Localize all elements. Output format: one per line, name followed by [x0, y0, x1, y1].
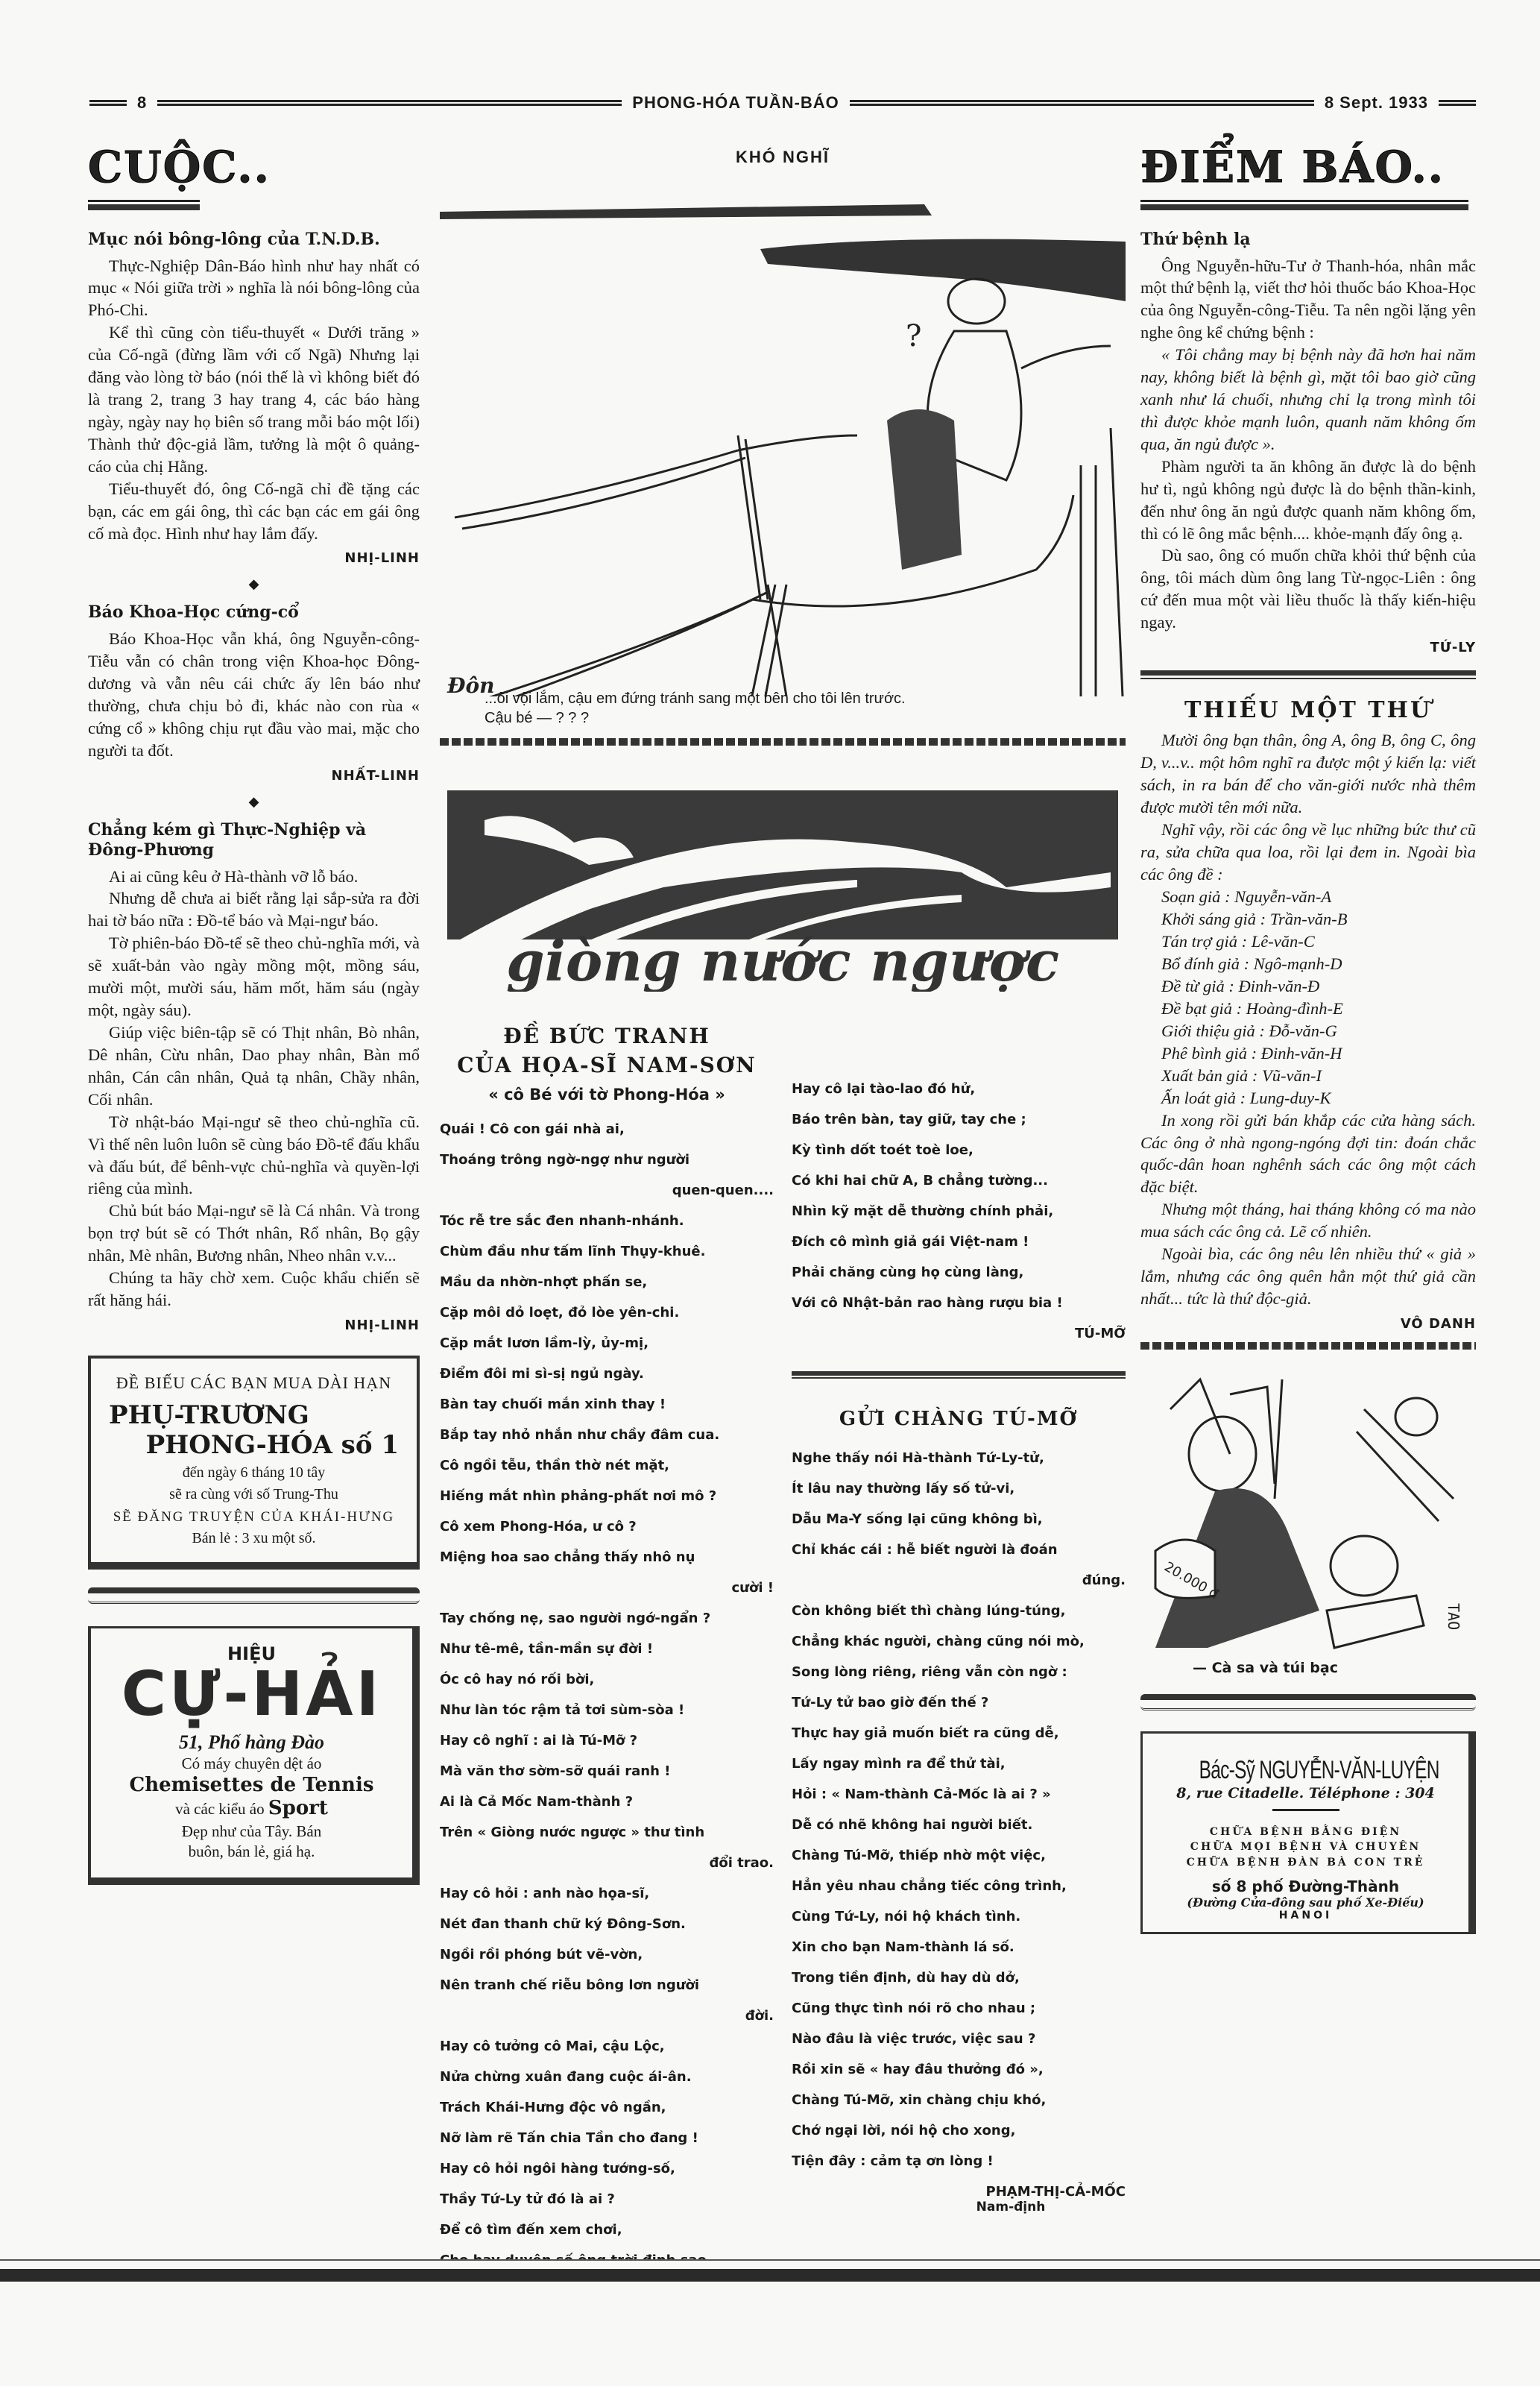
article-paragraph: Tờ phiên-báo Đồ-tể sẽ theo chủ-nghĩa mới…: [88, 932, 420, 1022]
credit-line: Giới thiệu giả : Đỗ-văn-G: [1140, 1020, 1476, 1042]
ad-doctor-service: CHỮA MỌI BỆNH VÀ CHUYÊN: [1158, 1839, 1454, 1854]
poem-line: Nỡ làm rẽ Tấn chia Tần cho đang !: [440, 2123, 774, 2153]
ad-supplement-line: đến ngày 6 tháng 10 tây: [109, 1464, 399, 1482]
article-paragraph: In xong rồi gửi bán khắp các cửa hàng sá…: [1140, 1109, 1476, 1199]
article-paragraph: Ai ai cũng kêu ở Hà-thành vỡ lỗ báo.: [88, 866, 420, 888]
poem-line: cười !: [440, 1573, 774, 1603]
right-column: ĐIỂM BÁO.. Thứ bệnh lạ Ông Nguyễn-hữu-Tư…: [1140, 142, 1476, 1934]
poem-continued-lines: Hay cô lại tào-lao đó hử,Báo trên bàn, t…: [792, 1074, 1126, 1318]
ad-supplement-heading: PHONG-HÓA số 1: [109, 1430, 399, 1460]
poem-line: Ai là Cả Mốc Nam-thành ?: [440, 1787, 774, 1817]
poem-line: đổi trao.: [440, 1848, 774, 1878]
article-paragraph: Phàm người ta ăn không ăn được là do bện…: [1140, 456, 1476, 545]
ad-doctor-name: Bác-Sỹ NGUYỄN-VĂN-LUYỆN: [1199, 1756, 1413, 1785]
poem-line: Mà văn thơ sờm-sỡ quái ranh !: [440, 1756, 774, 1787]
poem-line: Thoáng trông ngờ-ngợ như người: [440, 1145, 774, 1175]
poem-line: Tứ-Ly tử bao giờ đến thế ?: [792, 1687, 1126, 1718]
poem-line: Có khi hai chữ A, B chẳng tường...: [792, 1165, 1126, 1196]
poem-line: Miệng hoa sao chẳng thấy nhô nụ: [440, 1542, 774, 1573]
poem-line: Bàn tay chuối mắn xinh thay !: [440, 1389, 774, 1420]
poem-line: Đích cô mình giả gái Việt-nam !: [792, 1227, 1126, 1257]
ad-divider: [1272, 1809, 1339, 1811]
poem-line: Hay cô tưởng cô Mai, cậu Lộc,: [440, 2031, 774, 2062]
issue-date: 8 Sept. 1933: [1325, 93, 1428, 113]
ad-doctor-address: 8, rue Citadelle. Téléphone : 304: [1158, 1785, 1454, 1801]
poem-line: Hay cô hỏi ngôi hàng tướng-số,: [440, 2153, 774, 2184]
masthead-rule: [157, 100, 622, 106]
poem-line: Nét đan thanh chữ ký Đông-Sơn.: [440, 1909, 774, 1939]
poem-line: Tay chống nẹ, sao người ngớ-ngẩn ?: [440, 1603, 774, 1634]
section-separator: [1140, 670, 1476, 679]
poem-line: Lấy ngay mình ra để thử tài,: [792, 1748, 1126, 1779]
poem-line: Xin cho bạn Nam-thành lá số.: [792, 1932, 1126, 1962]
credit-line: Khởi sáng giả : Trần-văn-B: [1140, 908, 1476, 931]
poem-line: Phải chăng cùng họ cùng làng,: [792, 1257, 1126, 1288]
article-paragraph: Nhưng dễ chưa ai biết rằng lại sắp-sửa r…: [88, 887, 420, 932]
ad-shop-line: Có máy chuyên dệt áo: [109, 1754, 394, 1774]
poem-line: Ít lâu nay thường lấy số tử-vi,: [792, 1473, 1126, 1504]
poem-line: Nào đâu là việc trước, việc sau ?: [792, 2024, 1126, 2054]
poem-line: Dẫu Ma-Y sống lại cũng không bì,: [792, 1504, 1126, 1534]
credit-line: Bổ đính giả : Ngô-mạnh-D: [1140, 953, 1476, 975]
spacer: [792, 1432, 1126, 1443]
banner-giong-nuoc-nguoc: giòng nước ngược: [440, 775, 1126, 992]
poem-line: Báo trên bàn, tay giữ, tay che ;: [792, 1104, 1126, 1135]
page-bottom-edge: [0, 2259, 1540, 2282]
ad-supplement-line: ĐỀ BIẾU CÁC BẠN MUA DÀI HẠN: [109, 1373, 399, 1393]
poem-line: Ngồi rồi phóng bút vẽ-vờn,: [440, 1939, 774, 1970]
article-byline: VÔ DANH: [1140, 1316, 1476, 1332]
article-chang-kem-gi: Chẳng kém gì Thực-Nghiệp và Đông-Phương …: [88, 820, 420, 1333]
river-landscape-icon: giòng nước ngược: [440, 775, 1126, 992]
ad-doctor-street-note: (Đường Cửa-đông sau phố Xe-Điếu): [1158, 1895, 1454, 1910]
poem-line: Thực hay giả muốn biết ra cũng dễ,: [792, 1718, 1126, 1748]
article-title: Chẳng kém gì Thực-Nghiệp và Đông-Phương: [88, 820, 420, 861]
spacer: [792, 1022, 1126, 1074]
article-byline: NHỊ-LINH: [88, 550, 420, 566]
poem-line: Để cô tìm đến xem chơi,: [440, 2215, 774, 2245]
section-rule: [88, 200, 200, 210]
poem-line: Với cô Nhật-bản rao hàng rượu bia !: [792, 1288, 1126, 1318]
poem-line: Chỉ khác cái : hễ biết người là đoán: [792, 1534, 1126, 1565]
ad-shop-line: buôn, bán lẻ, giá hạ.: [109, 1842, 394, 1862]
left-column: CUỘC.. Mục nói bông-lông của T.N.D.B. Th…: [88, 142, 420, 1885]
ad-shop-text: và các kiểu áo: [175, 1800, 265, 1818]
article-title: Thứ bệnh lạ: [1140, 230, 1476, 251]
ad-shop-name: CỰ-HẢI: [109, 1664, 394, 1725]
masthead-rule: [89, 100, 127, 106]
article-khoa-hoc: Báo Khoa-Học cứng-cổ Báo Khoa-Học vẫn kh…: [88, 602, 420, 783]
poem-line: Quái ! Cô con gái nhà ai,: [440, 1114, 774, 1145]
poem-line: Trách Khái-Hưng độc vô ngần,: [440, 2092, 774, 2123]
newspaper-page: 8 PHONG-HÓA TUẦN-BÁO 8 Sept. 1933 CUỘC..…: [0, 0, 1540, 2386]
credit-line: Xuất bản giả : Vũ-văn-I: [1140, 1065, 1476, 1087]
poem-line: Dễ có nhẽ không hai người biết.: [792, 1810, 1126, 1840]
ad-doctor-service: CHỮA BỆNH ĐÀN BÀ CON TRẺ: [1158, 1855, 1454, 1870]
poem-line: Chùm đầu như tấm lĩnh Thụy-khuê.: [440, 1236, 774, 1267]
ad-shop-emphasis: Sport: [268, 1797, 328, 1819]
ad-shop-product: Chemisettes de Tennis: [109, 1774, 394, 1796]
poem-line: Chàng Tú-Mỡ, thiếp nhờ một việc,: [792, 1840, 1126, 1871]
poem-line: Còn không biết thì chàng lúng-túng,: [792, 1596, 1126, 1626]
monk-with-money-bag-drawing-icon: 20.000 đ TAO: [1140, 1364, 1476, 1655]
poem-line: Bắp tay nhỏ nhắn như chầy đâm cua.: [440, 1420, 774, 1450]
poem-column-2: Hay cô lại tào-lao đó hử,Báo trên bàn, t…: [792, 1022, 1126, 2276]
poem-line: Hẳn yêu nhau chẳng tiếc công trình,: [792, 1871, 1126, 1901]
cartoon-illustration: ? Đôn: [440, 182, 1126, 696]
ad-doctor-city: HANOI: [1158, 1910, 1454, 1921]
middle-column: KHÓ NGHĨ: [440, 142, 1126, 2276]
article-paragraph: Thực-Nghiệp Dân-Báo hình như hay nhất có…: [88, 255, 420, 322]
ad-supplement-heading: PHỤ-TRƯƠNG: [109, 1400, 399, 1430]
poem-line: Óc cô hay nó rối bời,: [440, 1664, 774, 1695]
poem-line: Hay cô hỏi : anh nào họa-sĩ,: [440, 1878, 774, 1909]
credit-line: Tán trợ giả : Lê-văn-C: [1140, 931, 1476, 953]
article-title: Báo Khoa-Học cứng-cổ: [88, 602, 420, 623]
article-title: Mục nói bông-lông của T.N.D.B.: [88, 230, 420, 251]
poem-line: Tóc rễ tre sắc đen nhanh-nhánh.: [440, 1206, 774, 1236]
credit-line: Đề bạt giả : Hoàng-đình-E: [1140, 998, 1476, 1020]
poem-line: đúng.: [792, 1565, 1126, 1596]
ad-shop-line: Đẹp như của Tây. Bán: [109, 1822, 394, 1842]
poem-line: Cặp mắt lươn lầm-lỳ, ủy-mị,: [440, 1328, 774, 1359]
poem-line: Cô ngồi tễu, thần thờ nét mặt,: [440, 1450, 774, 1481]
article-paragraph: Ngoài bìa, các ông nêu lên nhiều thứ « g…: [1140, 1243, 1476, 1310]
article-paragraph: Nhưng một tháng, hai tháng không có ma n…: [1140, 1198, 1476, 1243]
caption-line: Cậu bé — ? ? ?: [485, 708, 1126, 728]
middle-poems: ĐỀ BỨC TRANH CỦA HỌA-SĨ NAM-SƠN « cô Bé …: [440, 1022, 1126, 2276]
article-thieu-mot-thu: Mười ông bạn thân, ông A, ông B, ông C, …: [1140, 729, 1476, 1332]
poem-line: Nửa chừng xuân đang cuộc ái-ân.: [440, 2062, 774, 2092]
article-paragraph: Tiểu-thuyết đó, ông Cố-ngã chỉ đề tặng c…: [88, 478, 420, 545]
ad-doctor-service: CHỮA BỆNH BẰNG ĐIỆN: [1158, 1825, 1454, 1839]
poem-line: Chàng Tú-Mỡ, xin chàng chịu khó,: [792, 2085, 1126, 2115]
poem-location: Nam-định: [792, 2200, 1126, 2215]
diamond-separator-icon: ◆: [88, 794, 420, 810]
poem-line: Thầy Tứ-Ly tử đó là ai ?: [440, 2184, 774, 2215]
svg-text:TAO: TAO: [1445, 1603, 1462, 1630]
poem-title: CỦA HỌA-SĨ NAM-SƠN: [440, 1051, 774, 1080]
article-paragraph: Mười ông bạn thân, ông A, ông B, ông C, …: [1140, 729, 1476, 819]
poem-line: Hay cô lại tào-lao đó hử,: [792, 1074, 1126, 1104]
ad-supplement-price: Bán lẻ : 3 xu một số.: [109, 1530, 399, 1547]
poem-line: Kỳ tình dốt toét toè loe,: [792, 1135, 1126, 1165]
poem-line: Mầu da nhờn-nhợt phấn se,: [440, 1267, 774, 1297]
article-paragraph: Chúng ta hãy chờ xem. Cuộc khẩu chiến sẽ…: [88, 1267, 420, 1312]
poem-lines: Nghe thấy nói Hà-thành Tứ-Ly-tử,Ít lâu n…: [792, 1443, 1126, 2176]
bamboo-bridge-drawing-icon: ? Đôn: [440, 182, 1126, 696]
article-paragraph: Tờ nhật-báo Mại-ngư sẽ theo chủ-nghĩa cũ…: [88, 1111, 420, 1200]
ad-doctor-street: số 8 phố Đường-Thành: [1158, 1877, 1454, 1895]
poem-line: Cặp môi dỏ loẹt, đỏ lòe yên-chi.: [440, 1297, 774, 1328]
article-paragraph: Báo Khoa-Học vẫn khá, ông Nguyễn-công-Ti…: [88, 628, 420, 762]
article-title-thieu-mot-thu: THIẾU MỘT THỨ: [1140, 697, 1476, 723]
poem-lines: Quái ! Cô con gái nhà ai,Thoáng trông ng…: [440, 1114, 774, 2276]
poem-subtitle: « cô Bé với tờ Phong-Hóa »: [440, 1086, 774, 1104]
section-rule: [1140, 200, 1468, 210]
article-thu-benh-la: Thứ bệnh lạ Ông Nguyễn-hữu-Tư ở Thanh-hó…: [1140, 230, 1476, 655]
article-quote: « Tôi chẳng may bị bệnh này đã hơn hai n…: [1140, 344, 1476, 456]
ad-shop-address: 51, Phố hàng Đào: [109, 1731, 394, 1754]
article-paragraph: Giúp việc biên-tập sẽ có Thịt nhân, Bò n…: [88, 1022, 420, 1111]
ad-supplement: ĐỀ BIẾU CÁC BẠN MUA DÀI HẠN PHỤ-TRƯƠNG P…: [88, 1356, 420, 1570]
article-byline: NHỊ-LINH: [88, 1318, 420, 1333]
masthead-rule: [850, 100, 1314, 106]
poem-line: Như tê-mê, tần-mần sự đời !: [440, 1634, 774, 1664]
article-paragraph: Nghĩ vậy, rồi các ông về lục những bức t…: [1140, 819, 1476, 886]
poem-line: Chớ ngại lời, nói hộ cho xong,: [792, 2115, 1126, 2146]
poem-de-buc-tranh: ĐỀ BỨC TRANH CỦA HỌA-SĨ NAM-SƠN « cô Bé …: [440, 1022, 774, 2276]
article-paragraph: Chủ bút báo Mại-ngư sẽ là Cá nhân. Và tr…: [88, 1200, 420, 1267]
cartoon-caption: — Cà sa và túi bạc: [1140, 1660, 1476, 1676]
section-title-diem-bao: ĐIỂM BÁO..: [1140, 142, 1476, 192]
credits-list: Soạn giả : Nguyễn-văn-AKhởi sáng giả : T…: [1140, 886, 1476, 1109]
cartoon-ca-sa-tui-bac: 20.000 đ TAO: [1140, 1364, 1476, 1655]
article-paragraph: Dù sao, ông có muốn chữa khỏi thứ bệnh c…: [1140, 544, 1476, 634]
ad-shop-line: và các kiểu áo Sport: [109, 1796, 394, 1822]
credit-line: Phê bình giả : Đinh-văn-H: [1140, 1042, 1476, 1065]
poem-line: Hỏi : « Nam-thành Cả-Mốc là ai ? »: [792, 1779, 1126, 1810]
cartoon-title: KHÓ NGHĨ: [440, 148, 1126, 167]
masthead-rule: [1439, 100, 1476, 106]
wave-separator: [1140, 1694, 1476, 1710]
masthead: 8 PHONG-HÓA TUẦN-BÁO 8 Sept. 1933: [89, 88, 1476, 118]
publication-name: PHONG-HÓA TUẦN-BÁO: [632, 93, 839, 113]
ad-supplement-line: SẼ ĐĂNG TRUYỆN CỦA KHÁI-HƯNG: [109, 1509, 399, 1526]
poem-line: Cô xem Phong-Hóa, ư cô ?: [440, 1511, 774, 1542]
section-title-cuoc: CUỘC..: [88, 142, 420, 192]
poem-separator: [792, 1371, 1126, 1379]
checker-separator: [1140, 1342, 1476, 1350]
poem-line: đời.: [440, 2001, 774, 2031]
poem-line: Nên tranh chế riễu bông lơn người: [440, 1970, 774, 2001]
article-bong-long: Mục nói bông-lông của T.N.D.B. Thực-Nghi…: [88, 230, 420, 566]
poem-byline: PHẠM-THỊ-CẢ-MỐC: [792, 2184, 1126, 2200]
poem-line: Rồi xin sẽ « hay đâu thưởng đó »,: [792, 2054, 1126, 2085]
ad-doctor: Bác-Sỹ NGUYỄN-VĂN-LUYỆN 8, rue Citadelle…: [1140, 1731, 1476, 1934]
ad-cu-hai: HIỆU CỰ-HẢI 51, Phố hàng Đào Có máy chuy…: [88, 1626, 420, 1885]
poem-line: Cũng thực tình nói rõ cho nhau ;: [792, 1993, 1126, 2024]
diamond-separator-icon: ◆: [88, 576, 420, 592]
poem-line: Như làn tóc rậm tả tơi sùm-sòa !: [440, 1695, 774, 1725]
article-byline: TỨ-LY: [1140, 640, 1476, 655]
article-paragraph: Kể thì cũng còn tiểu-thuyết « Dưới trăng…: [88, 321, 420, 477]
poem-line: Nhìn kỹ mặt dễ thường chính phải,: [792, 1196, 1126, 1227]
page-number: 8: [137, 93, 147, 113]
wave-separator: [88, 1587, 420, 1604]
article-byline: NHẤT-LINH: [88, 768, 420, 784]
poem-line: Trên « Giòng nước ngược » thư tình: [440, 1817, 774, 1848]
credit-line: Soạn giả : Nguyễn-văn-A: [1140, 886, 1476, 908]
poem-line: Chẳng khác người, chàng cũng nói mò,: [792, 1626, 1126, 1657]
poem-byline: TÚ-MỠ: [792, 1326, 1126, 1341]
ad-supplement-line: sẽ ra cùng với số Trung-Thu: [109, 1486, 399, 1503]
checker-separator: [440, 738, 1126, 746]
svg-text:?: ?: [906, 319, 921, 353]
svg-text:giòng nước ngược: giòng nước ngược: [506, 930, 1059, 992]
poem-line: Trong tiền định, dù hay dù dở,: [792, 1962, 1126, 1993]
poem-line: Song lòng riêng, riêng vẫn còn ngờ :: [792, 1657, 1126, 1687]
poem-line: Nghe thấy nói Hà-thành Tứ-Ly-tử,: [792, 1443, 1126, 1473]
poem-line: Hiếng mắt nhìn phảng-phất nơi mô ?: [440, 1481, 774, 1511]
poem-line: Cùng Tứ-Ly, nói hộ khách tình.: [792, 1901, 1126, 1932]
svg-text:Đôn: Đôn: [446, 673, 495, 696]
poem-title: GỬI CHÀNG TÚ-MỠ: [792, 1406, 1126, 1432]
credit-line: Ấn loát giả : Lung-duy-K: [1140, 1087, 1476, 1109]
poem-line: Hay cô nghĩ : ai là Tú-Mỡ ?: [440, 1725, 774, 1756]
poem-line: quen-quen....: [440, 1175, 774, 1206]
poem-line: Điểm đôi mi sì-sị ngủ ngày.: [440, 1359, 774, 1389]
credit-line: Đề từ giả : Đinh-văn-Đ: [1140, 975, 1476, 998]
poem-title: ĐỀ BỨC TRANH: [440, 1022, 774, 1051]
poem-line: Tiện đây : cảm tạ ơn lòng !: [792, 2146, 1126, 2176]
article-paragraph: Ông Nguyễn-hữu-Tư ở Thanh-hóa, nhân mắc …: [1140, 255, 1476, 344]
